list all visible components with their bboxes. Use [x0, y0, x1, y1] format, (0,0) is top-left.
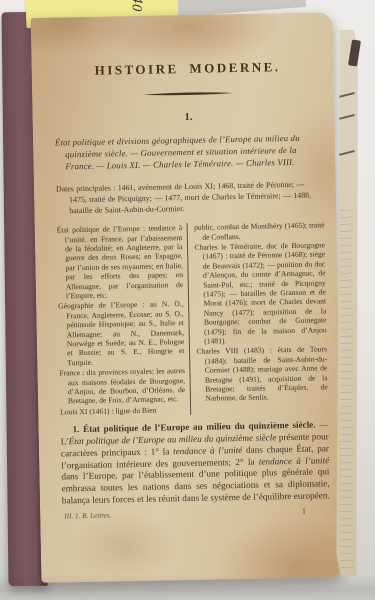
summary-entry: Charles le Téméraire, duc de Bourgogne (…	[194, 240, 327, 346]
table-shadow	[0, 574, 375, 600]
signature-mark: III. 1. B. Lettres.	[64, 511, 112, 520]
dates-paragraph: Dates principales : 1461, avénement de L…	[56, 178, 325, 217]
page-content: HISTOIRE MODERNE. 1. État politique et d…	[31, 12, 344, 583]
paragraph-italic: tendance à l’unité	[259, 455, 330, 466]
fore-edge-scribbles	[340, 210, 353, 570]
fore-edge-mark	[338, 92, 355, 98]
summary-entry: France : dix provinces royales; les autr…	[59, 366, 185, 406]
summary-entry: État politique de l’Europe : tendance à …	[57, 223, 184, 301]
page-title: HISTOIRE MODERNE.	[53, 58, 321, 79]
summary-columns: État politique de l’Europe : tendance à …	[57, 221, 329, 418]
summary-entry: public, combat de Montlhéry (1465); trai…	[194, 221, 325, 242]
title-rule-icon	[140, 90, 236, 98]
summary-left-column: État politique de l’Europe : tendance à …	[57, 223, 191, 418]
fore-edge-mark	[338, 150, 355, 156]
fore-edge-mark	[338, 114, 355, 120]
section-number: 1.	[54, 109, 322, 125]
paragraph-text: dans l’Europe, par l’établissement d’une…	[61, 467, 329, 506]
summary-entry: Louis XI (1461) : ligue du Bien	[60, 405, 186, 417]
title-rule	[54, 81, 322, 104]
main-paragraph: 1. État politique de l’Europe au milieu …	[60, 420, 330, 507]
fore-edge-pages	[336, 30, 358, 576]
summary-entry: Géographie de l’Europe : au N. O., Franc…	[58, 299, 185, 367]
summary-right-column: public, combat de Montlhéry (1465); trai…	[188, 221, 328, 416]
page-footer: III. 1. B. Lettres. 1	[62, 504, 330, 520]
sticky-note-number: 40	[127, 0, 144, 13]
paragraph-italic: tendance à l’unité	[173, 445, 242, 456]
chapter-heading: État politique et divisions géographique…	[55, 131, 324, 173]
book-page: HISTOIRE MODERNE. 1. État politique et d…	[31, 12, 344, 583]
summary-entry: Charles VIII (1483) : états de Tours (14…	[196, 345, 328, 404]
page-number: 1	[302, 505, 306, 515]
